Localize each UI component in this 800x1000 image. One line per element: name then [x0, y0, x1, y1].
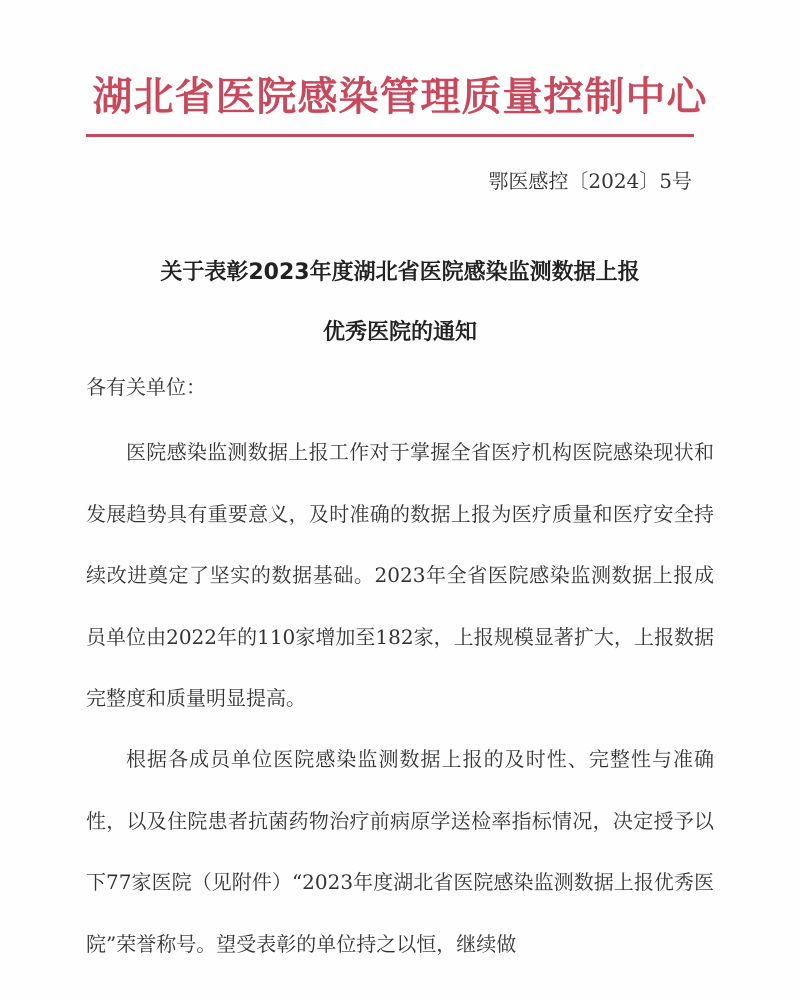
document-title-line-1: 关于表彰2023年度湖北省医院感染监测数据上报 [0, 258, 800, 288]
organization-header: 湖北省医院感染管理质量控制中心 [0, 72, 800, 122]
document-title-line-2: 优秀医院的通知 [0, 318, 800, 348]
document-number: 鄂医感控〔2024〕5号 [488, 167, 692, 195]
red-header-divider [86, 134, 694, 137]
salutation: 各有关单位： [86, 373, 206, 401]
body-paragraph-2: 根据各成员单位医院感染监测数据上报的及时性、完整性与准确性，以及住院患者抗菌药物… [86, 729, 714, 975]
body-paragraph-1: 医院感染监测数据上报工作对于掌握全省医疗机构医院感染现状和发展趋势具有重要意义，… [86, 422, 714, 730]
document-page: 湖北省医院感染管理质量控制中心 鄂医感控〔2024〕5号 关于表彰2023年度湖… [0, 0, 800, 1000]
